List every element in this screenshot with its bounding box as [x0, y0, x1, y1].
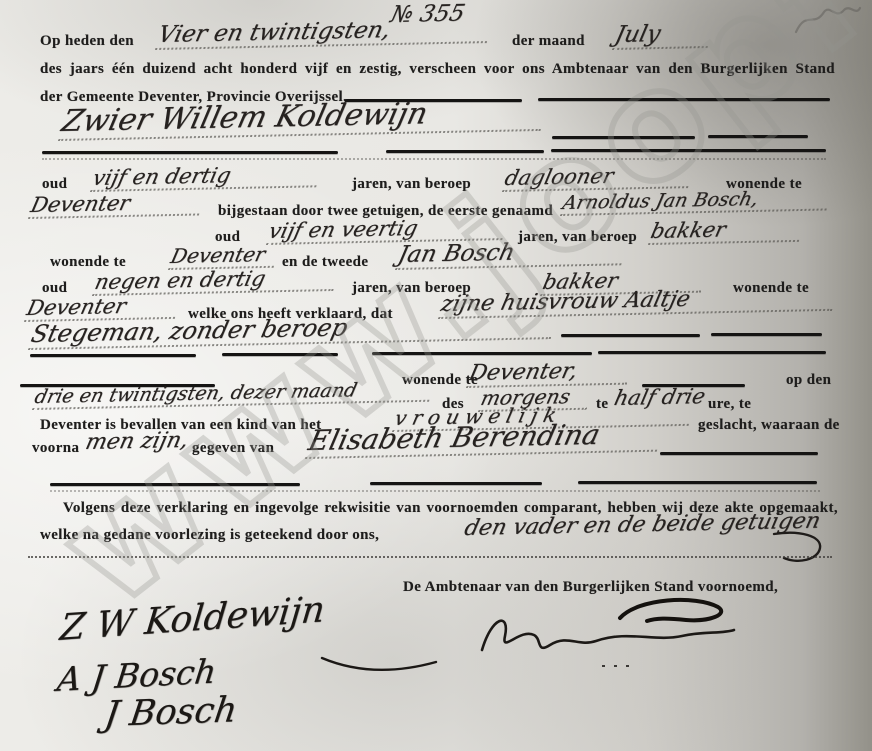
strike-line	[598, 351, 826, 354]
field-declarant-residence: Deventer	[28, 189, 205, 219]
field-voorna-suffix: men zijn,	[83, 428, 191, 455]
label-ure-te: ure, te	[708, 396, 751, 413]
strike-line	[708, 135, 808, 138]
strike-line	[372, 352, 592, 355]
label-gegeven-van: gegeven van	[192, 440, 274, 457]
field-declarant-age: vijf en dertig	[90, 161, 322, 192]
strike-line	[552, 136, 695, 139]
field-day: Vier en twintigsten,	[155, 15, 493, 50]
field-declarant-occupation: daglooner	[502, 162, 694, 192]
registrar-signature	[472, 592, 742, 672]
strike-line	[42, 151, 338, 154]
field-witness1-name: Arnoldus Jan Bosch,	[560, 186, 832, 216]
strike-line	[386, 150, 544, 153]
strike-line	[551, 149, 826, 152]
field-month: July	[612, 20, 714, 50]
label-voorna: voorna	[32, 440, 79, 457]
label-geslacht-line: geslacht, waaraan de	[698, 417, 840, 434]
faint-pencil-mark-icon	[792, 2, 864, 44]
dotted-rule	[42, 158, 826, 160]
dotted-rule	[28, 556, 832, 558]
label-der-maand: der maand	[512, 33, 585, 50]
label-op-den: op den	[786, 372, 831, 389]
signature-tail-icon	[320, 652, 440, 678]
birth-certificate-scan: www.joopf № 355 Op heden den Vier en twi…	[0, 0, 872, 751]
label-oud: oud	[42, 176, 67, 193]
strike-line	[538, 98, 830, 101]
strike-line	[50, 483, 300, 486]
strike-line	[578, 481, 817, 484]
field-witness1-occupation: bakker	[648, 216, 805, 245]
label-op-heden-den: Op heden den	[40, 33, 134, 50]
strike-line	[561, 334, 700, 337]
label-year-line: des jaars één duizend acht honderd vijf …	[40, 61, 835, 78]
strike-line	[30, 354, 196, 357]
field-witness2-name: Jan Bosch	[395, 237, 628, 270]
signature-witness2: J Bosch	[102, 690, 240, 735]
field-birth-day: drie en twintigsten, dezer maand	[32, 378, 434, 410]
label-wonende-te: wonende te	[50, 254, 126, 271]
strike-line	[370, 482, 542, 485]
dotted-rule	[50, 490, 820, 492]
signature-flourish-icon	[770, 528, 830, 568]
field-child-names: Elisabeth Berendina	[305, 417, 665, 459]
field-witness2-age: negen en dertig	[92, 265, 339, 296]
strike-line	[711, 333, 822, 336]
strike-line	[660, 452, 818, 455]
strike-line	[222, 353, 338, 356]
signature-declarant: Z W Koldewijn	[58, 589, 327, 649]
label-jaren-beroep: jaren, van beroep	[352, 176, 471, 193]
label-welke-line: welke na gedane voorlezing is geteekend …	[40, 527, 379, 544]
field-birth-residence: Deventer,	[466, 358, 633, 388]
